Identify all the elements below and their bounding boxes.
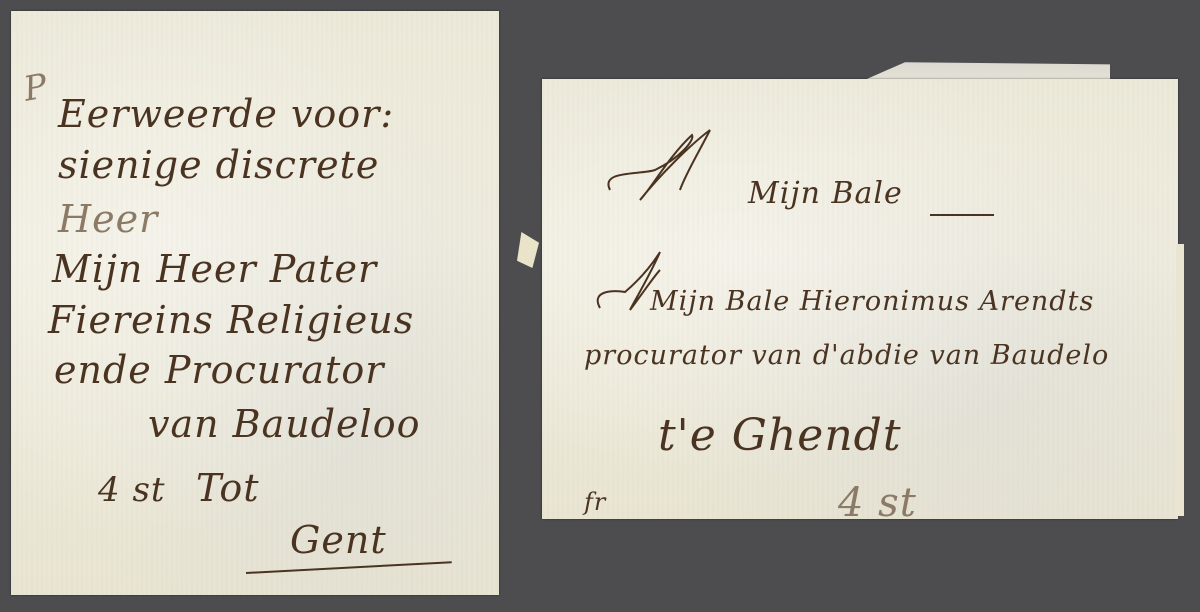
- left-address-line-7: van Baudeloo: [148, 402, 420, 446]
- right-address-line-1: Mijn Bale: [748, 176, 903, 211]
- left-address-line-4: Mijn Heer Pater: [52, 247, 377, 291]
- right-line-1-tail: [930, 214, 994, 216]
- right-lower-left-mark: fr: [584, 488, 606, 516]
- right-address-line-4: t'e Ghendt: [658, 410, 902, 461]
- left-address-line-9: Gent: [290, 518, 387, 562]
- right-rate-mark: 4 st: [838, 480, 917, 526]
- left-address-line-6: ende Procurator: [54, 348, 384, 392]
- left-rate-mark: 4 st: [98, 470, 166, 510]
- left-address-line-5: Fiereins Religieus: [48, 298, 414, 342]
- left-address-line-2: sienige discrete: [58, 143, 379, 187]
- left-address-line-8: Tot: [196, 466, 260, 510]
- left-address-line-3: Heer: [58, 197, 158, 241]
- paper-tear: [517, 232, 539, 268]
- left-address-line-1: Eerweerde voor:: [58, 92, 394, 136]
- right-flap: [1176, 244, 1184, 516]
- right-address-line-2: Mijn Bale Hieronimus Arendts: [650, 286, 1094, 317]
- flourish-m-1: [600, 130, 720, 210]
- right-address-line-3: procurator van d'abdie van Baudelo: [584, 340, 1109, 371]
